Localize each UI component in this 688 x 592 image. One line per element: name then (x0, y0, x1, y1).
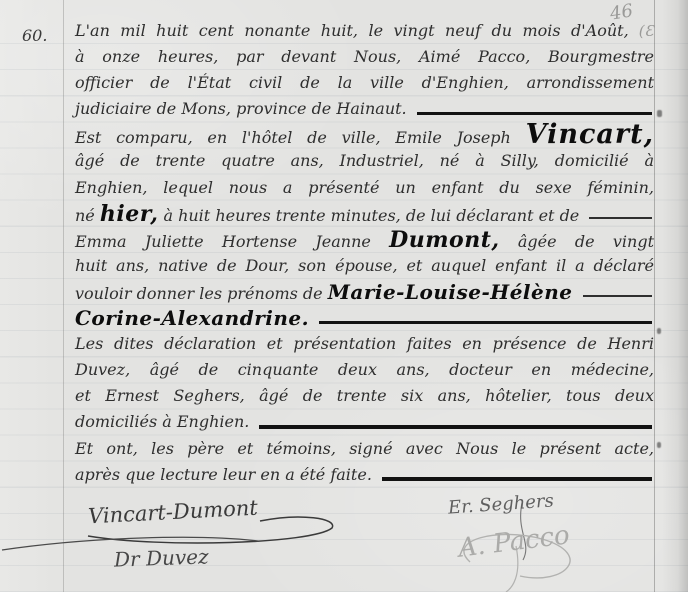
scanned-register-page: 60. 46 L'an mil huit cent nonante huit, … (0, 0, 688, 592)
handwritten-text: Emma Juliette Hortense Jeanne (75, 232, 389, 251)
ink-filler-line (589, 217, 652, 219)
text-line: à onze heures, par devant Nous, Aimé Pac… (75, 44, 654, 70)
handwritten-text: Duvez, âgé de cinquante deux ans, docteu… (75, 360, 654, 379)
handwritten-text: et Ernest Seghers, âgé de trente six ans… (75, 386, 654, 405)
emphasized-name: Vincart, (526, 119, 654, 150)
ink-filler-line (259, 425, 652, 429)
text-line: âgé de trente quatre ans, Industriel, né… (75, 148, 654, 174)
handwritten-text: à huit heures trente minutes, de lui déc… (158, 206, 579, 225)
signature-pacco: A. Pacco (457, 520, 572, 563)
act-number: 60. (22, 26, 47, 45)
handwritten-text: judiciaire de Mons, province de Hainaut. (75, 99, 407, 118)
line-text: vouloir donner les prénoms de Marie-Loui… (75, 279, 573, 307)
text-block: L'an mil huit cent nonante huit, le ving… (75, 18, 654, 488)
line-text: Corine-Alexandrine. (75, 305, 309, 333)
text-line: né hier, à huit heures trente minutes, d… (75, 201, 654, 227)
text-line: et Ernest Seghers, âgé de trente six ans… (75, 383, 654, 409)
signature-vincart-dumont: Vincart-Dumont (87, 496, 258, 529)
handwritten-text: âgée de vingt (500, 232, 654, 251)
text-line: domiciliés à Enghien. (75, 409, 654, 435)
text-line: après que lecture leur en a été faite. (75, 462, 654, 488)
text-line: L'an mil huit cent nonante huit, le ving… (75, 18, 654, 44)
page-edge-line (654, 0, 655, 592)
handwritten-text: Et ont, les père et témoins, signé avec … (75, 439, 654, 458)
handwritten-text: domiciliés à Enghien. (75, 412, 249, 431)
text-line: vouloir donner les prénoms de Marie-Loui… (75, 279, 654, 305)
text-line: Est comparu, en l'hôtel de ville, Emile … (75, 122, 654, 148)
ink-smudge (657, 328, 661, 334)
signature-seghers: Er. Seghers (447, 490, 554, 518)
pencil-annotation: (Ɛ (629, 22, 654, 40)
ink-filler-line (417, 112, 652, 116)
text-line: Duvez, âgé de cinquante deux ans, docteu… (75, 357, 654, 383)
handwritten-text: Les dites déclaration et présentation fa… (75, 334, 654, 353)
text-line: Et ont, les père et témoins, signé avec … (75, 436, 654, 462)
handwritten-text: L'an mil huit cent nonante huit, le ving… (75, 21, 629, 40)
handwritten-text: à onze heures, par devant Nous, Aimé Pac… (75, 47, 654, 66)
line-text: né hier, à huit heures trente minutes, d… (75, 201, 579, 229)
line-text: judiciaire de Mons, province de Hainaut. (75, 96, 407, 122)
handwritten-text: âgé de trente quatre ans, Industriel, né… (75, 151, 654, 170)
ink-filler-line (583, 295, 652, 297)
text-line: officier de l'État civil de la ville d'E… (75, 70, 654, 96)
ink-smudge (657, 110, 662, 117)
text-line: Emma Juliette Hortense Jeanne Dumont, âg… (75, 227, 654, 253)
margin-rule-line (63, 0, 64, 592)
ink-smudge (657, 442, 661, 448)
emphasized-name: Dumont, (389, 227, 499, 253)
text-line: Les dites déclaration et présentation fa… (75, 331, 654, 357)
text-line: Corine-Alexandrine. (75, 305, 654, 331)
scan-edge-shadow (662, 0, 688, 592)
handwritten-text: huit ans, native de Dour, son épouse, et… (75, 256, 654, 275)
signature-duvez: Dr Duvez (114, 544, 209, 571)
handwritten-text: après que lecture leur en a été faite. (75, 465, 372, 484)
ink-filler-line (319, 321, 652, 325)
text-line: Enghien, lequel nous a présenté un enfan… (75, 175, 654, 201)
ink-filler-line (382, 477, 652, 481)
emphasized-name: Marie-Louise-Hélène (328, 280, 573, 304)
handwritten-text: Est comparu, en l'hôtel de ville, Emile … (75, 128, 526, 147)
handwritten-text: officier de l'État civil de la ville d'E… (75, 73, 654, 92)
line-text: domiciliés à Enghien. (75, 409, 249, 435)
handwritten-text: né (75, 206, 100, 225)
text-line: huit ans, native de Dour, son épouse, et… (75, 253, 654, 279)
handwritten-text: Enghien, lequel nous a présenté un enfan… (75, 178, 654, 197)
handwritten-text: vouloir donner les prénoms de (75, 284, 328, 303)
emphasized-name: hier, (100, 201, 159, 227)
emphasized-name: Corine-Alexandrine. (75, 306, 309, 330)
line-text: après que lecture leur en a été faite. (75, 462, 372, 488)
